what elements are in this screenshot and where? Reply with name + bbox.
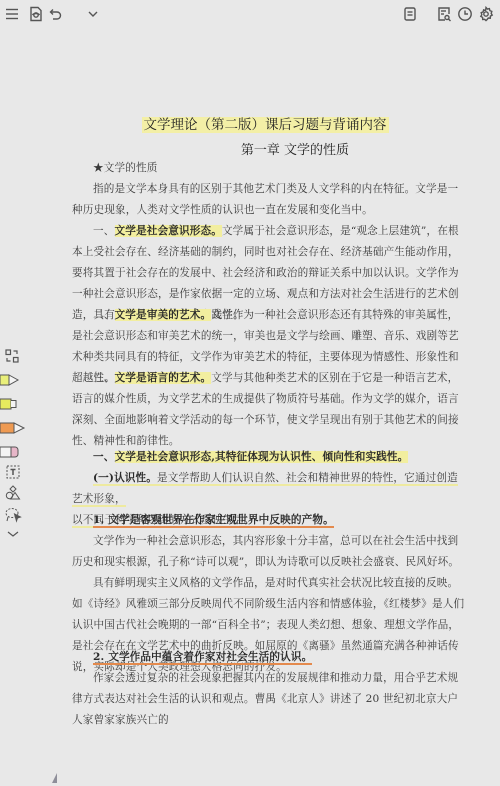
- highlight-language-art[interactable]: 文学是语言的艺术。: [115, 372, 212, 384]
- item-one-paragraph-1: 文学作为一种社会意识形态，其内容形象十分丰富，总可以在社会生活中找到历史和现实根…: [72, 531, 468, 573]
- text-box-tool-icon[interactable]: [6, 465, 32, 479]
- underline-cognition-line1[interactable]: (一)认识性。是文学帮助人们认识自然、社会和精神世界的特性，它通过创造艺术形象，: [72, 472, 458, 507]
- yellow-highlighter-tool-icon[interactable]: [0, 397, 26, 411]
- shapes-tool-icon[interactable]: [5, 485, 31, 500]
- intro-paragraph: 指的是文学本身具有的区别于其他艺术门类及人文学科的内在特征。文学是一种历史现象，…: [72, 179, 468, 221]
- paragraph-language-art: 三、文学是语言的艺术。文学与其他种类艺术的区别在于它是一种语言艺术，语言的媒介性…: [72, 368, 468, 452]
- orange-pencil-tool-icon[interactable]: [0, 421, 26, 435]
- underline-item-two[interactable]: 2. 文学作品中蕴含着作家对社会生活的认识。: [93, 651, 312, 665]
- document-title: 文学理论（第二版）课后习题与背诵内容: [60, 113, 470, 133]
- lasso-cursor-tool-icon[interactable]: [5, 507, 31, 523]
- section-one-heading: 一、文学是社会意识形态,其特征体现为认识性、倾向性和实践性。: [72, 447, 468, 468]
- expand-tools-chevron-icon[interactable]: [6, 529, 32, 539]
- yellow-pen-tool-icon[interactable]: [0, 373, 26, 387]
- highlight-social-ideology[interactable]: 文学是社会意识形态。: [115, 225, 222, 237]
- item-two-paragraph-1: 作家会透过复杂的社会现象把握其内在的发展规律和推动力量，用合乎艺术规律方式表达对…: [72, 668, 468, 731]
- item-one-heading: 1. 文学是客观世界在作家主观世界中反映的产物。: [72, 510, 468, 531]
- settings-gear-icon[interactable]: [477, 5, 495, 23]
- menu-icon[interactable]: [3, 5, 21, 23]
- section-label: ★文学的性质: [72, 158, 468, 179]
- underline-item-one[interactable]: 1. 文学是客观世界在作家主观世界中反映的产物。: [93, 514, 334, 528]
- document-view-icon[interactable]: [27, 5, 45, 23]
- document-page[interactable]: 文学理论（第二版）课后习题与背诵内容 第一章 文学的性质 ★文学的性质 指的是文…: [60, 0, 470, 786]
- lasso-select-tool-icon[interactable]: [5, 349, 21, 363]
- page-scroll-indicator[interactable]: [52, 773, 57, 783]
- item-two-heading: 2. 文学作品中蕴含着作家对社会生活的认识。: [72, 647, 468, 668]
- highlight-aesthetic-art[interactable]: 文学是审美的艺术。: [115, 309, 212, 321]
- highlight-section-one[interactable]: 文学是社会意识形态,其特征体现为认识性、倾向性和实践性。: [115, 451, 409, 463]
- chapter-heading: 第一章 文学的性质: [60, 139, 470, 158]
- eraser-tool-icon[interactable]: [0, 445, 26, 459]
